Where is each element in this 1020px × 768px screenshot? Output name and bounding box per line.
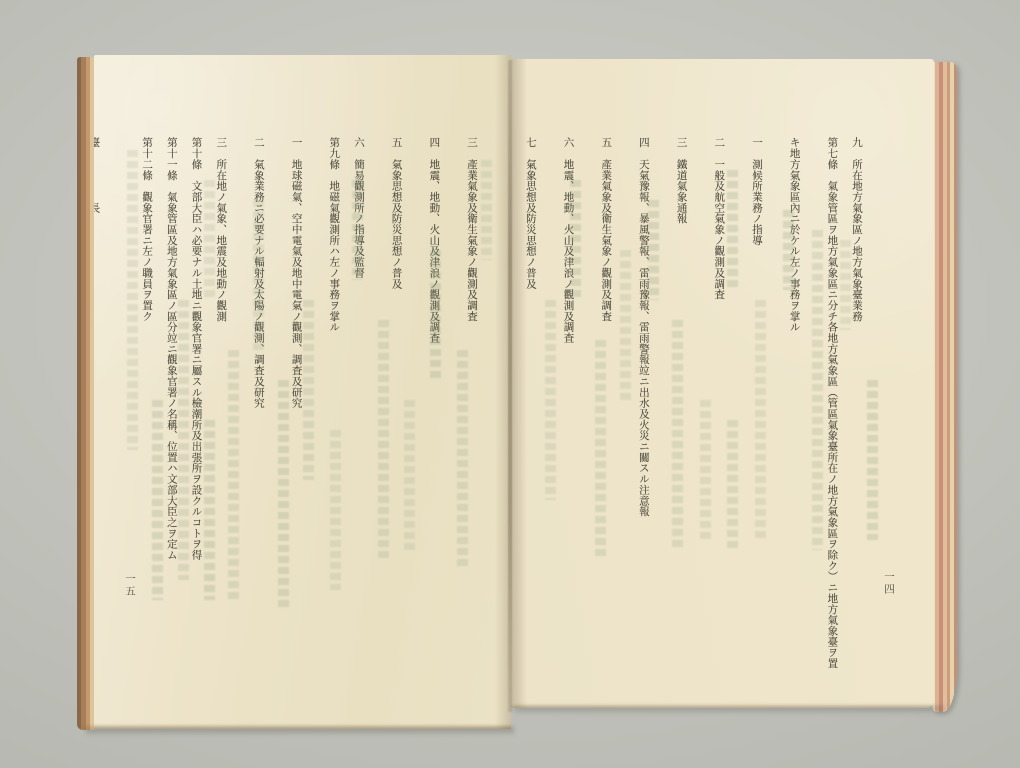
text-column: 二 一般及航空氣象ノ觀測及調査: [713, 137, 737, 682]
text-column: 第七條 氣象管區ヲ地方氣象區ニ分チ各地方氣象區（管區氣象臺所在ノ地方氣象區ヲ除ク…: [826, 137, 837, 682]
staff-row-column: 臺 長: [94, 137, 126, 682]
text-column: 第九條 地磁氣觀測所ハ左ノ事務ヲ掌ル: [328, 137, 339, 682]
book-page-left: 三 產業氣象及衛生氣象ノ觀測及調査四 地震、地動、火山及津浪ノ觀測及調査五 氣象…: [94, 55, 511, 729]
page-number-left: 一五: [122, 573, 137, 598]
text-column: キ地方氣象區內ニ於ケル左ノ事務ヲ掌ル: [788, 137, 812, 682]
text-column: 六 簡易觀測所ノ指導及監督: [352, 137, 376, 682]
page-left-text: 三 產業氣象及衛生氣象ノ觀測及調査四 地震、地動、火山及津浪ノ觀測及調査五 氣象…: [94, 137, 489, 682]
page-number-right: 一四: [881, 571, 896, 596]
page-shadow: [514, 706, 944, 715]
text-column: 九 所在地方氣象區ノ地方氣象臺業務: [851, 137, 875, 682]
page-right-text: 九 所在地方氣象區ノ地方氣象臺業務第七條 氣象管區ヲ地方氣象區ニ分チ各地方氣象區…: [511, 137, 874, 682]
book-page-edges: [932, 62, 957, 712]
text-column: 第十條 文部大臣ハ必要ナル土地ニ觀象官署ニ屬スル檢潮所及出張所ヲ設クルコトヲ得: [190, 137, 201, 682]
text-column: 三 鐵道氣象通報: [675, 137, 699, 682]
text-column: 第十二條 觀象官署ニ左ノ職員ヲ置ク: [141, 137, 152, 682]
text-column: 三 產業氣象及衛生氣象ノ觀測及調査: [466, 137, 490, 682]
text-column: 五 氣象思想及防災思想ノ普及: [390, 137, 414, 682]
book-page-right: 九 所在地方氣象區ノ地方氣象臺業務第七條 氣象管區ヲ地方氣象區ニ分チ各地方氣象區…: [511, 59, 934, 708]
text-column: 二 氣象業務ニ必要ナル輻射及太陽ノ觀測、調査及研究: [252, 137, 276, 682]
text-column: 三 所在地ノ氣象、地震及地動ノ觀測: [215, 137, 239, 682]
text-column: 六 地震、地動、火山及津浪ノ觀測及調査: [562, 137, 586, 682]
text-column: 一 地球磁氣、空中電氣及地中電氣ノ觀測、調査及研究: [290, 137, 314, 682]
book-spine-edge: [77, 57, 95, 730]
text-column: 七 氣象思想及防災思想ノ普及: [524, 137, 548, 682]
text-column: 第十一條 氣象管區及地方氣象區ノ區分竝ニ觀象官署ノ名稱、位置ハ文部大臣之ヲ定ム: [165, 137, 176, 682]
page-shadow: [86, 727, 514, 736]
text-column: 一 測候所業務ノ指導: [750, 137, 774, 682]
text-column: 五 產業氣象及衛生氣象ノ觀測及調査: [600, 137, 624, 682]
gutter-shadow: [508, 60, 512, 712]
book-spread: 三 產業氣象及衛生氣象ノ觀測及調査四 地震、地動、火山及津浪ノ觀測及調査五 氣象…: [0, 0, 1020, 768]
text-column: 四 地震、地動、火山及津浪ノ觀測及調査: [428, 137, 452, 682]
staff-cell: 臺 長: [94, 137, 98, 213]
text-column: 四 天氣豫報、暴風警報、雷雨豫報、雷雨警報竝ニ出水及火災ニ關スル注意報: [637, 137, 661, 682]
